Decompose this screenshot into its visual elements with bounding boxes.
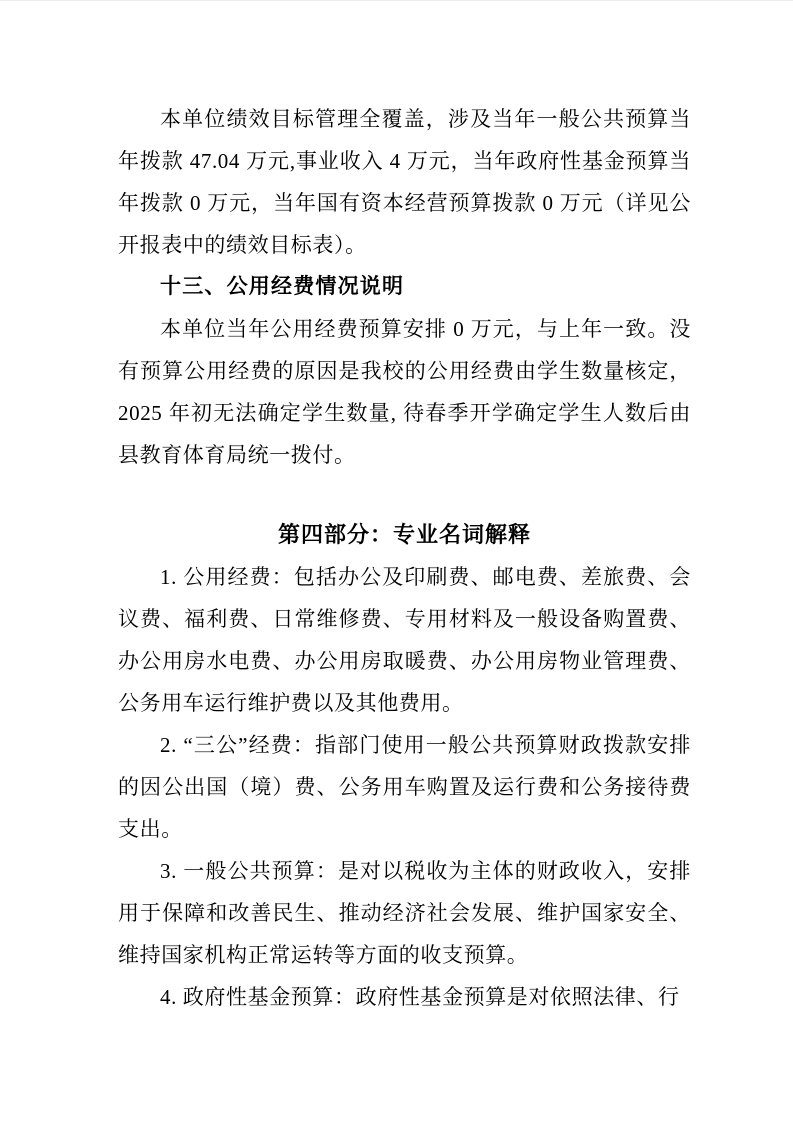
paragraph-term-general-public-budget: 3. 一般公共预算：是对以税收为主体的财政收入，安排用于保障和改善民生、推动经济…	[118, 850, 691, 976]
paragraph-term-three-public-expenses: 2. “三公”经费：指部门使用一般公共预算财政拨款安排的因公出国（境）费、公务用…	[118, 724, 691, 850]
heading-section-13-public-funds: 十三、公用经费情况说明	[118, 266, 691, 308]
document-page: 本单位绩效目标管理全覆盖，涉及当年一般公共预算当年拨款 47.04 万元,事业收…	[0, 0, 793, 1122]
heading-part-four-glossary: 第四部分：专业名词解释	[118, 514, 691, 556]
paragraph-performance-target-note: 本单位绩效目标管理全覆盖，涉及当年一般公共预算当年拨款 47.04 万元,事业收…	[118, 98, 691, 266]
paragraph-public-funds-explanation: 本单位当年公用经费预算安排 0 万元，与上年一致。没有预算公用经费的原因是我校的…	[118, 308, 691, 476]
paragraph-term-government-fund-budget: 4. 政府性基金预算：政府性基金预算是对依照法律、行	[118, 976, 691, 1018]
paragraph-term-public-funds: 1. 公用经费：包括办公及印刷费、邮电费、差旅费、会议费、福利费、日常维修费、专…	[118, 556, 691, 724]
